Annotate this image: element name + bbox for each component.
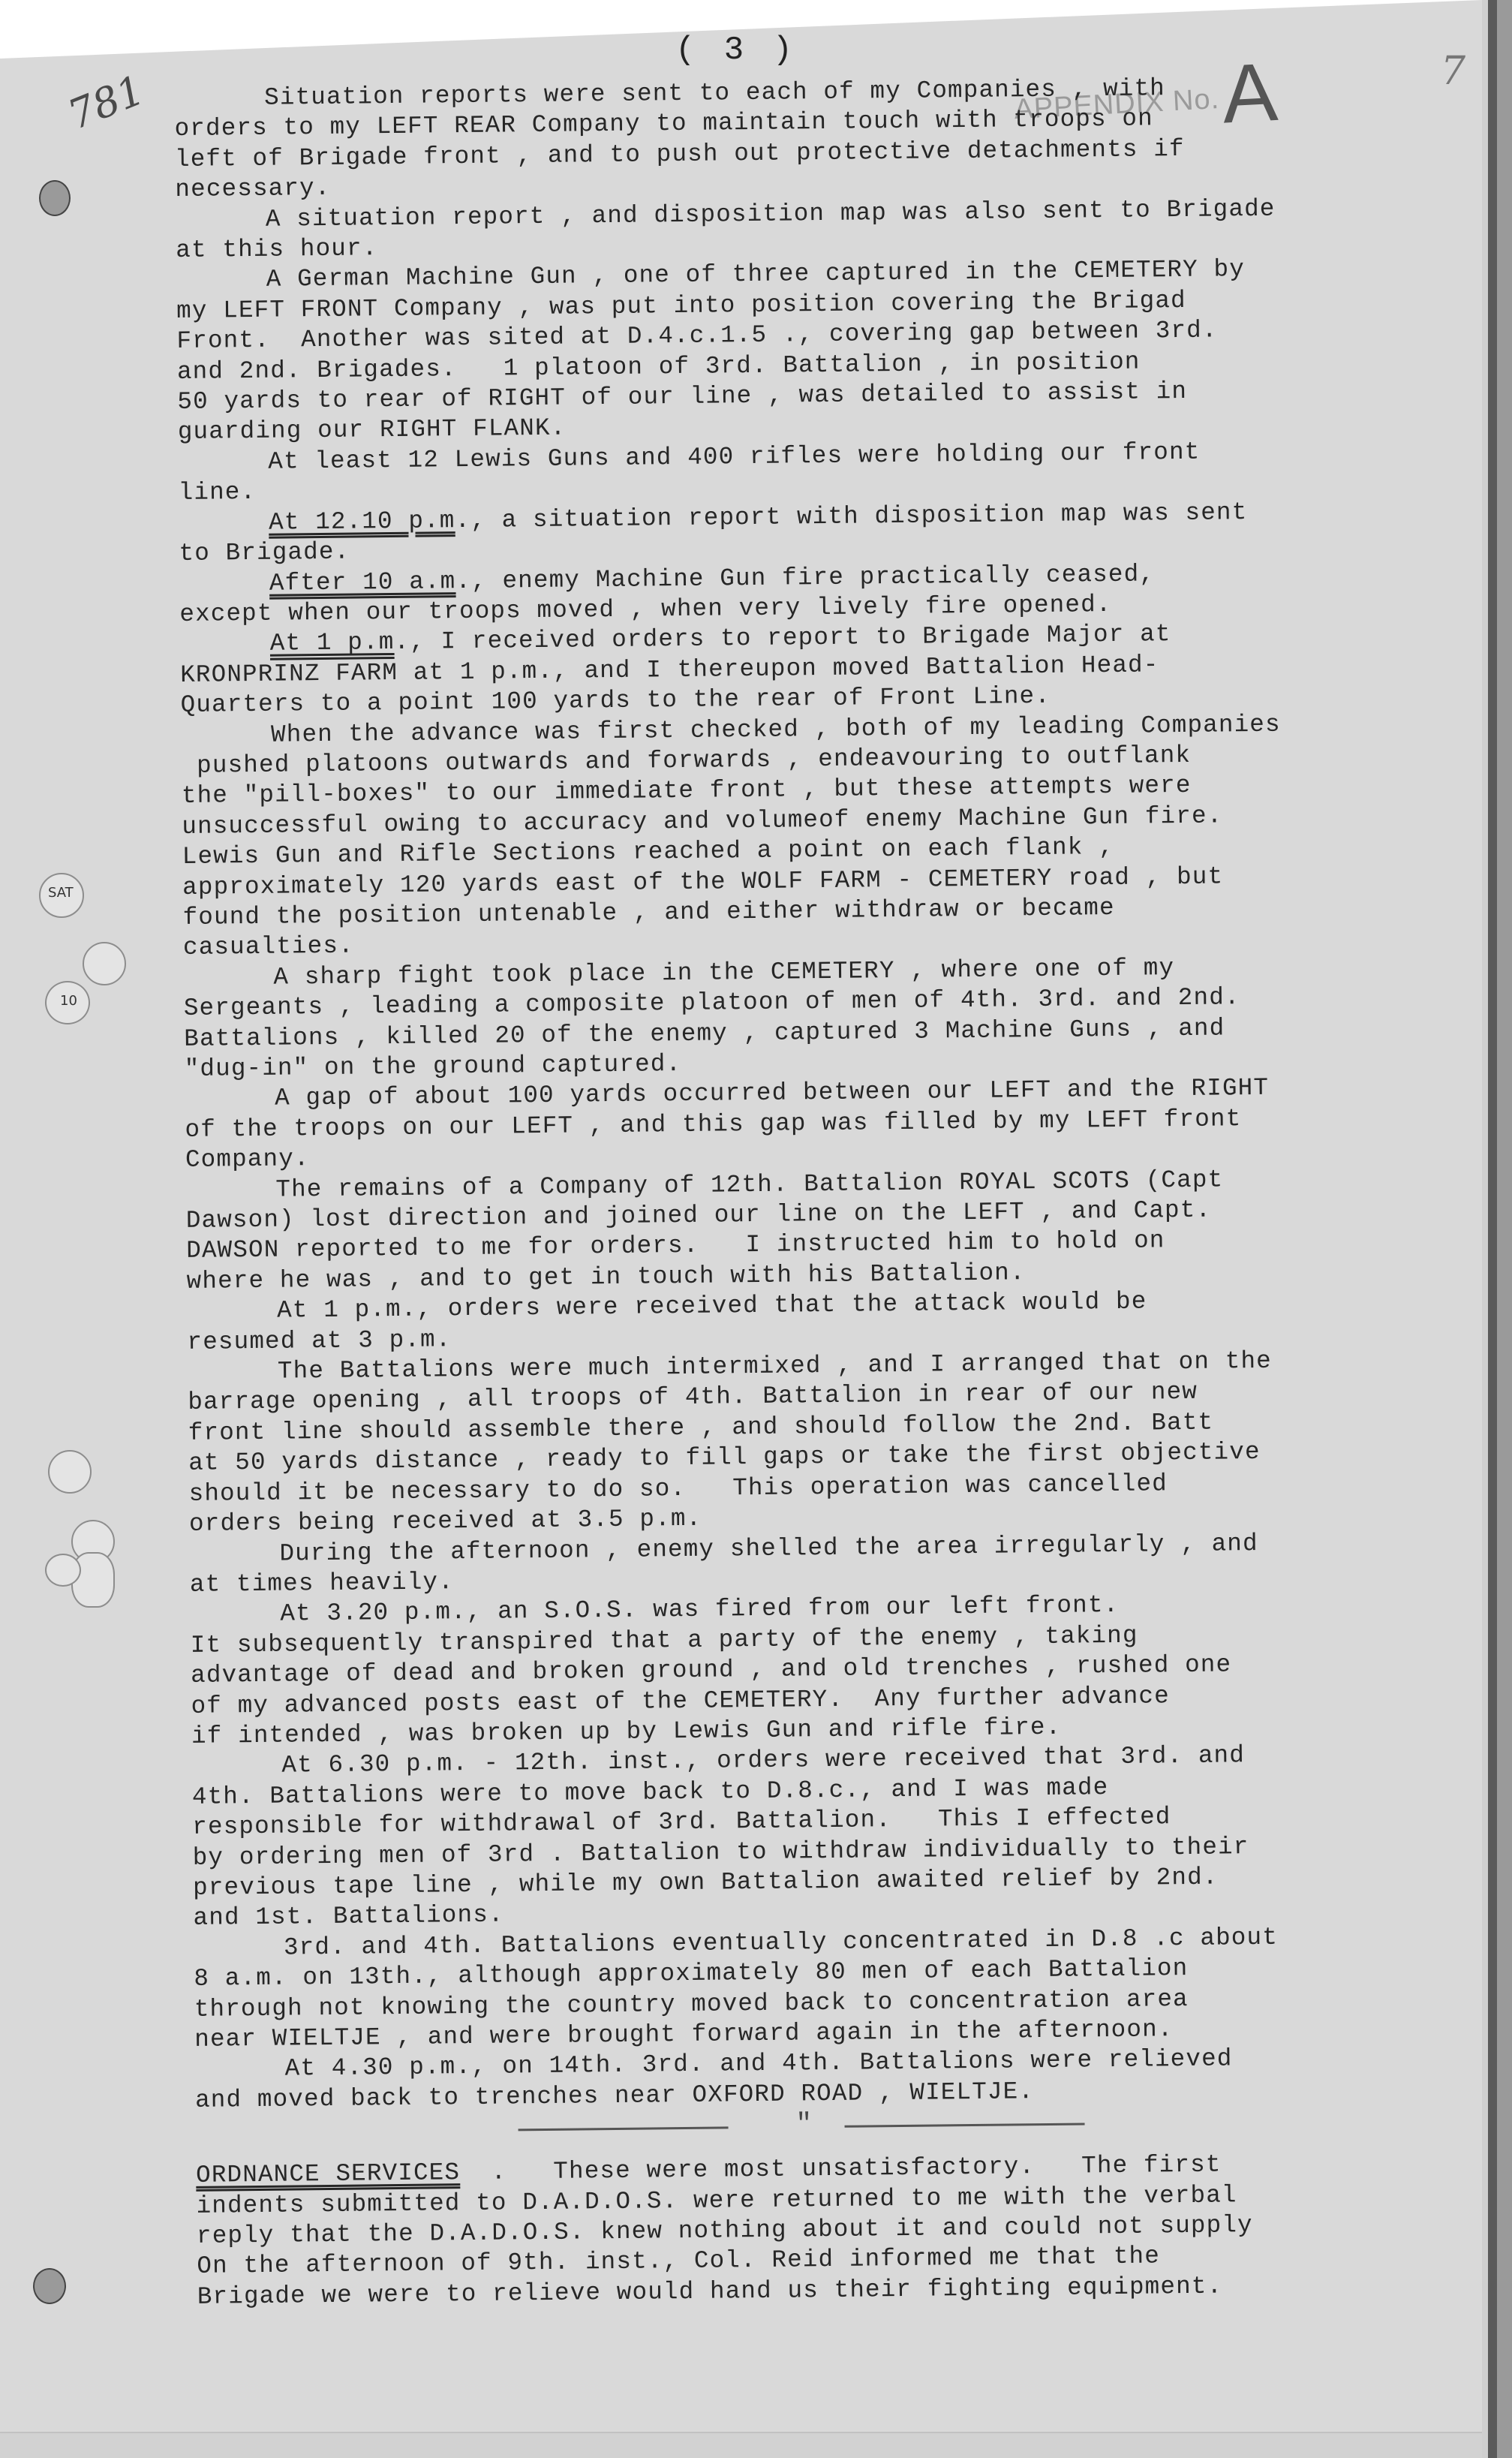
line-text: ., enemy Machine Gun fire practically ce…: [455, 560, 1155, 595]
line-text: Company.: [185, 1145, 310, 1174]
page-number: ( 3 ): [675, 32, 797, 69]
line-text: guarding our RIGHT FLANK.: [178, 414, 567, 446]
punch-hole-icon: [48, 1450, 92, 1494]
punch-hole-icon: [83, 942, 126, 985]
time-reference: At 1 p.m: [270, 628, 395, 657]
divider-line-left: [519, 2127, 729, 2132]
document-body: Situation reports were sent to each of m…: [174, 71, 1488, 2312]
line-text: line.: [179, 478, 257, 507]
narrative-lines: Situation reports were sent to each of m…: [174, 71, 1486, 2116]
line-text: and 1st. Battalions.: [193, 1901, 503, 1932]
hole-label: 10: [60, 993, 77, 1009]
line-text: orders being received at 3.5 p.m.: [189, 1505, 702, 1538]
page-edge-shadow: [1482, 0, 1512, 2458]
divider-line-right: [845, 2123, 1085, 2128]
punch-hole-icon: 10: [45, 981, 90, 1024]
time-reference: At 12.10 p.m: [269, 507, 455, 537]
punch-hole-icon: [33, 2268, 66, 2304]
line-text: to Brigade.: [179, 538, 350, 567]
punch-hole-icon: SAT: [39, 873, 84, 918]
hole-label: SAT: [48, 885, 74, 901]
line-text: necessary.: [175, 174, 330, 203]
line-text: "dug-in" on the ground captured.: [185, 1050, 682, 1083]
line-text: at this hour.: [176, 234, 378, 264]
line-text: casualties.: [183, 932, 354, 961]
ordnance-heading: ORDNANCE SERVICES: [196, 2159, 460, 2189]
line-text: at times heavily.: [190, 1568, 454, 1599]
punch-hole-icon: [45, 1554, 81, 1587]
line-text: resumed at 3 p.m.: [187, 1325, 451, 1356]
time-reference: After 10 a.m: [269, 567, 456, 597]
page-fold: [0, 2432, 1482, 2458]
ditto-mark: ": [795, 2109, 813, 2140]
punch-hole-icon: [39, 180, 71, 216]
